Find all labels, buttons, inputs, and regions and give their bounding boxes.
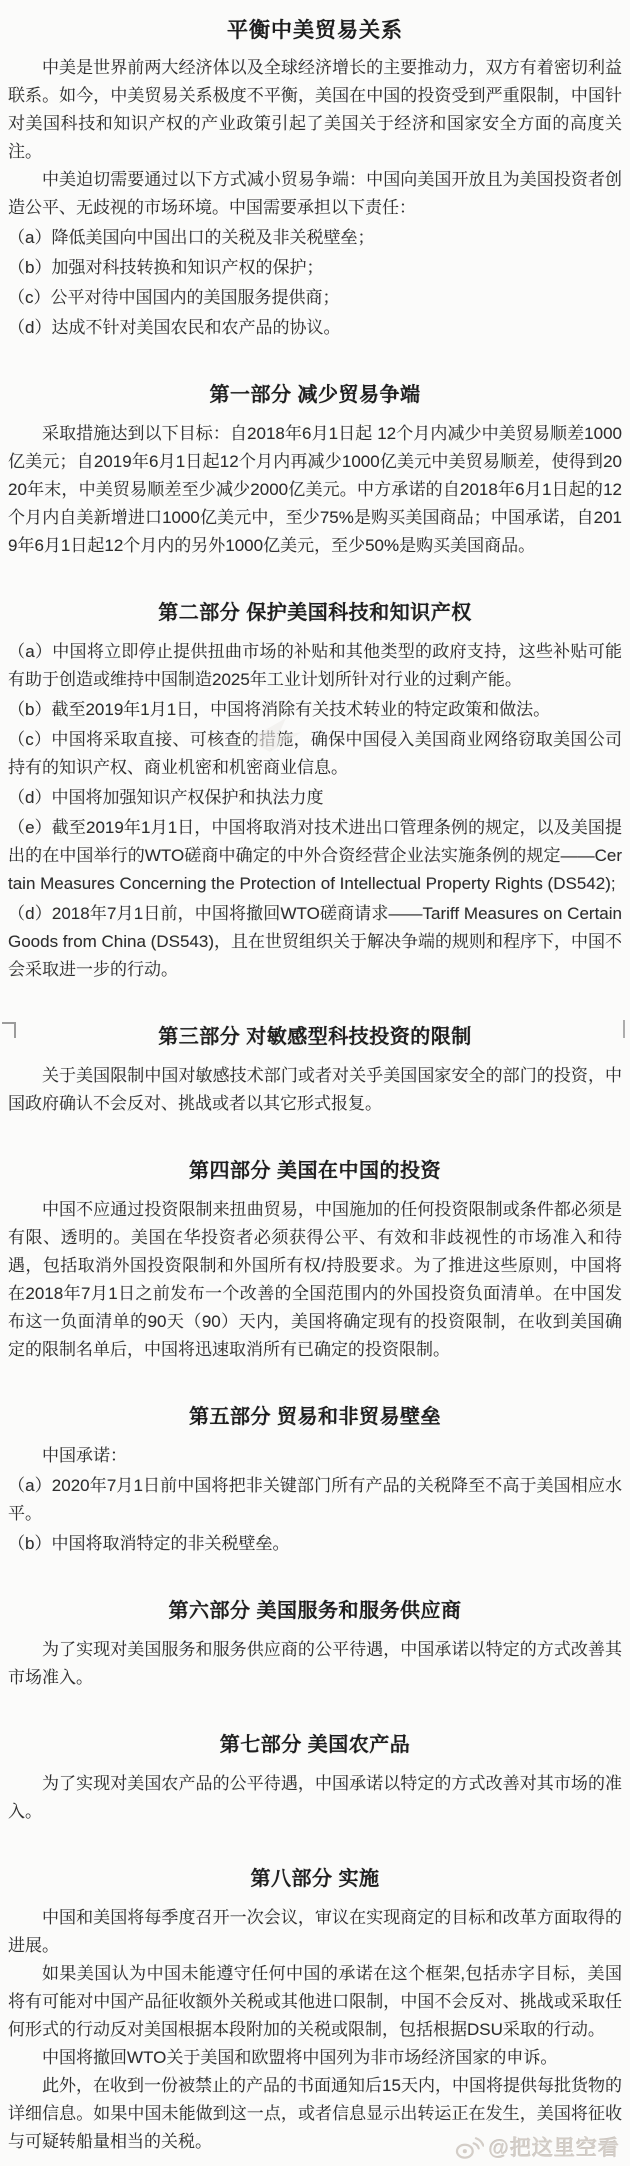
- weibo-watermark: @把这里空看: [454, 2132, 620, 2162]
- section-8-paragraph-2: 如果美国认为中国未能遵守任何中国的承诺在这个框架,包括赤字目标，美国将有可能对中…: [8, 1960, 622, 2044]
- section-8: 第八部分 实施 中国和美国将每季度召开一次会议，审议在实现商定的目标和改革方面取…: [8, 1862, 622, 2156]
- section-2-item-b: （b）截至2019年1月1日，中国将消除有关技术转业的特定政策和做法。: [8, 696, 622, 724]
- section-8-heading: 第八部分 实施: [8, 1862, 622, 1891]
- section-6: 第六部分 美国服务和服务供应商 为了实现对美国服务和服务供应商的公平待遇，中国承…: [8, 1594, 622, 1692]
- section-3-paragraph: 关于美国限制中国对敏感技术部门或者对关乎美国国家安全的部门的投资，中国政府确认不…: [8, 1062, 622, 1118]
- intro-paragraph-2: 中美迫切需要通过以下方式减小贸易争端：中国向美国开放且为美国投资者创造公平、无歧…: [8, 166, 622, 222]
- section-1-heading: 第一部分 减少贸易争端: [8, 378, 622, 407]
- page-corner-mark-right: [623, 1020, 625, 1038]
- section-1: 第一部分 减少贸易争端 采取措施达到以下目标：自2018年6月1日起 12个月内…: [8, 378, 622, 560]
- section-5: 第五部分 贸易和非贸易壁垒 中国承诺： （a）2020年7月1日前中国将把非关键…: [8, 1400, 622, 1558]
- section-5-item-a: （a）2020年7月1日前中国将把非关键部门所有产品的关税降至不高于美国相应水平…: [8, 1472, 622, 1528]
- section-5-heading: 第五部分 贸易和非贸易壁垒: [8, 1400, 622, 1429]
- intro-item-a: （a）降低美国向中国出口的关税及非关税壁垒；: [8, 224, 622, 252]
- section-4-heading: 第四部分 美国在中国的投资: [8, 1154, 622, 1183]
- section-7: 第七部分 美国农产品 为了实现对美国农产品的公平待遇，中国承诺以特定的方式改善对…: [8, 1728, 622, 1826]
- section-2-item-a: （a）中国将立即停止提供扭曲市场的补贴和其他类型的政府支持，这些补贴可能有助于创…: [8, 638, 622, 694]
- section-2-heading: 第二部分 保护美国科技和知识产权: [8, 596, 622, 625]
- section-8-paragraph-1: 中国和美国将每季度召开一次会议，审议在实现商定的目标和改革方面取得的进展。: [8, 1904, 622, 1960]
- section-4: 第四部分 美国在中国的投资 中国不应通过投资限制来扭曲贸易，中国施加的任何投资限…: [8, 1154, 622, 1364]
- weibo-icon: [454, 2135, 484, 2160]
- section-2-item-d: （d）中国将加强知识产权保护和执法力度: [8, 784, 622, 812]
- section-4-paragraph: 中国不应通过投资限制来扭曲贸易，中国施加的任何投资限制或条件都必须是有限、透明的…: [8, 1196, 622, 1364]
- section-3: 第三部分 对敏感型科技投资的限制 关于美国限制中国对敏感技术部门或者对关乎美国国…: [8, 1020, 622, 1118]
- section-1-paragraph: 采取措施达到以下目标：自2018年6月1日起 12个月内减少中美贸易顺差1000…: [8, 420, 622, 560]
- section-5-item-b: （b）中国将取消特定的非关税壁垒。: [8, 1530, 622, 1558]
- section-2-item-c: （c）中国将采取直接、可核查的措施，确保中国侵入美国商业网络窃取美国公司持有的知…: [8, 726, 622, 782]
- document-page: 平衡中美贸易关系 中美是世界前两大经济体以及全球经济增长的主要推动力，双方有着密…: [0, 0, 630, 2166]
- section-5-lead: 中国承诺：: [8, 1442, 622, 1470]
- section-2-item-e: （e）截至2019年1月1日，中国将取消对技术进出口管理条例的规定，以及美国提出…: [8, 814, 622, 898]
- intro-item-b: （b）加强对科技转换和知识产权的保护；: [8, 254, 622, 282]
- section-8-paragraph-3: 中国将撤回WTO关于美国和欧盟将中国列为非市场经济国家的申诉。: [8, 2044, 622, 2072]
- section-7-heading: 第七部分 美国农产品: [8, 1728, 622, 1757]
- intro-item-d: （d）达成不针对美国农民和农产品的协议。: [8, 314, 622, 342]
- section-6-paragraph: 为了实现对美国服务和服务供应商的公平待遇，中国承诺以特定的方式改善其市场准入。: [8, 1636, 622, 1692]
- weibo-handle: @把这里空看: [489, 2132, 620, 2162]
- section-3-heading: 第三部分 对敏感型科技投资的限制: [8, 1020, 622, 1049]
- intro-paragraph-1: 中美是世界前两大经济体以及全球经济增长的主要推动力，双方有着密切利益联系。如今，…: [8, 54, 622, 166]
- section-2-item-d2: （d）2018年7月1日前，中国将撤回WTO磋商请求——Tariff Measu…: [8, 900, 622, 984]
- intro-item-c: （c）公平对待中国国内的美国服务提供商；: [8, 284, 622, 312]
- page-title: 平衡中美贸易关系: [8, 14, 622, 44]
- page-corner-mark-left: [2, 1022, 16, 1038]
- section-7-paragraph: 为了实现对美国农产品的公平待遇，中国承诺以特定的方式改善对其市场的准入。: [8, 1770, 622, 1826]
- section-6-heading: 第六部分 美国服务和服务供应商: [8, 1594, 622, 1623]
- section-2: 第二部分 保护美国科技和知识产权 （a）中国将立即停止提供扭曲市场的补贴和其他类…: [8, 596, 622, 984]
